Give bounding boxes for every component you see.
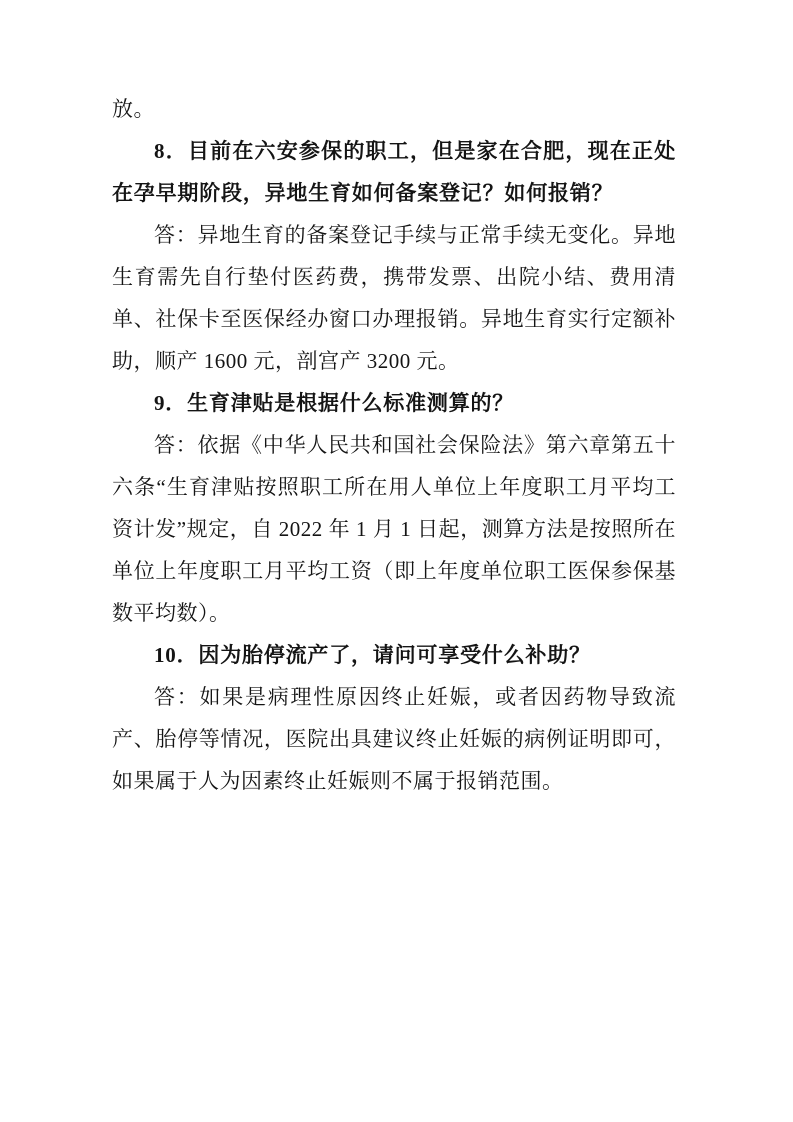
question-10-heading: 10．因为胎停流产了，请问可享受什么补助？: [112, 634, 676, 676]
continuation-paragraph: 放。: [112, 88, 676, 130]
question-9-heading: 9．生育津贴是根据什么标准测算的？: [112, 382, 676, 424]
question-8-heading: 8．目前在六安参保的职工，但是家在合肥，现在正处在孕早期阶段，异地生育如何备案登…: [112, 130, 676, 214]
answer-10-paragraph: 答：如果是病理性原因终止妊娠，或者因药物导致流产、胎停等情况，医院出具建议终止妊…: [112, 676, 676, 802]
answer-9-paragraph: 答：依据《中华人民共和国社会保险法》第六章第五十六条“生育津贴按照职工所在用人单…: [112, 424, 676, 634]
answer-8-paragraph: 答：异地生育的备案登记手续与正常手续无变化。异地生育需先自行垫付医药费，携带发票…: [112, 214, 676, 382]
document-page: 放。 8．目前在六安参保的职工，但是家在合肥，现在正处在孕早期阶段，异地生育如何…: [0, 0, 793, 1122]
